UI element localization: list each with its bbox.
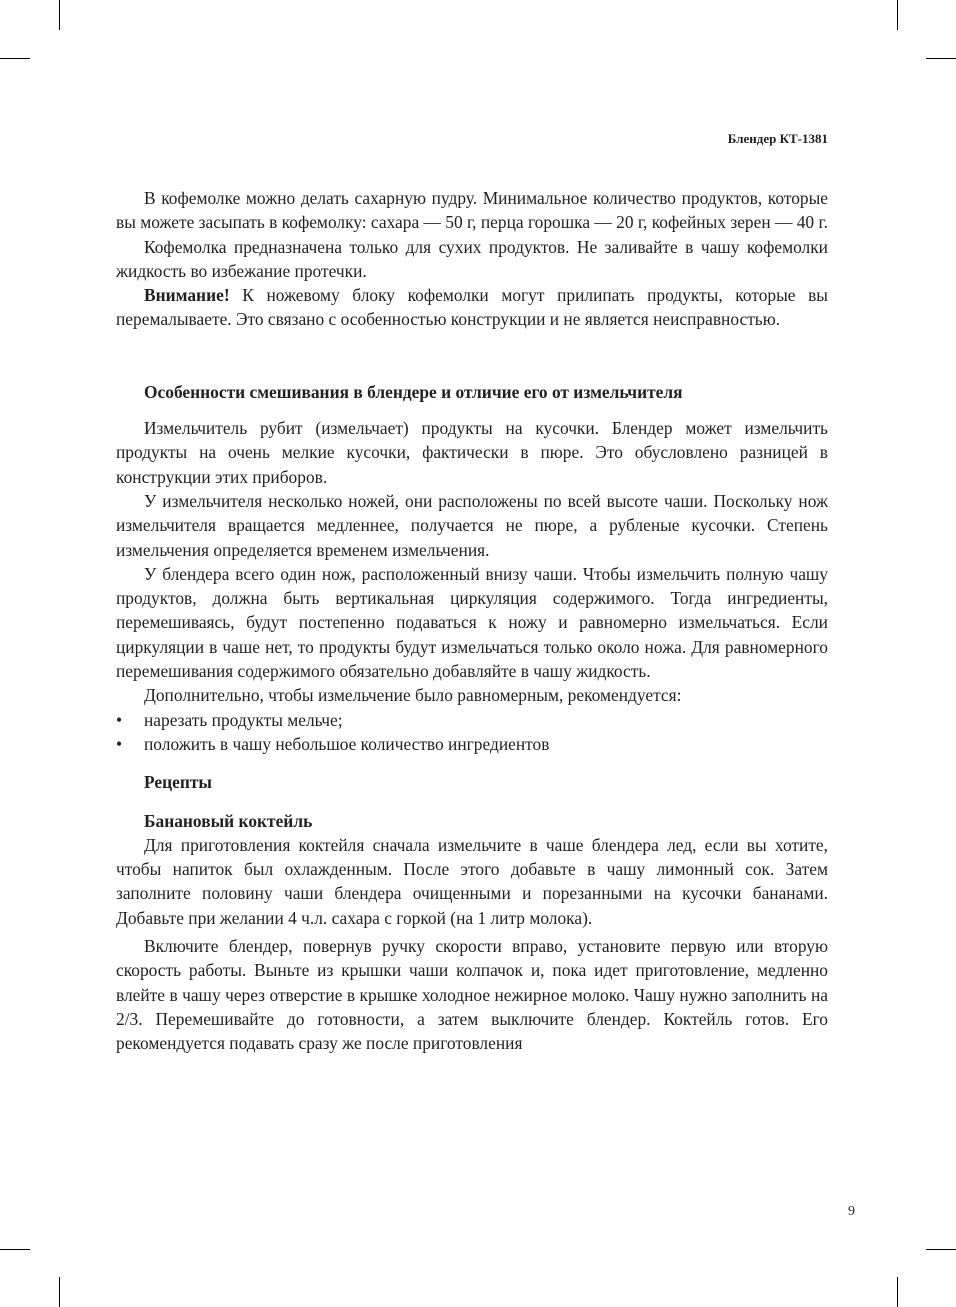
crop-mark-bottom-right-h [926, 1249, 956, 1250]
paragraph: Включите блендер, повернув ручку скорост… [116, 934, 828, 1055]
list-item: нарезать продукты мельче; [116, 708, 828, 732]
section-heading: Особенности смешивания в блендере и отли… [116, 380, 828, 404]
warning-label: Внимание! [144, 285, 230, 305]
paragraph: В кофемолке можно делать сахарную пудру.… [116, 186, 828, 235]
page-body: В кофемолке можно делать сахарную пудру.… [116, 186, 828, 1056]
paragraph: У измельчителя несколько ножей, они расп… [116, 489, 828, 562]
section-heading-recipes: Рецепты [116, 770, 828, 794]
crop-mark-top-left-v [59, 0, 60, 30]
crop-mark-bottom-left-v [59, 1277, 60, 1307]
crop-mark-bottom-left-h [0, 1249, 30, 1250]
paragraph: Измельчитель рубит (измельчает) продукты… [116, 416, 828, 489]
crop-mark-top-right-h [926, 58, 956, 59]
running-header: Блендер КТ-1381 [728, 131, 828, 147]
crop-mark-top-right-v [897, 0, 898, 30]
crop-mark-bottom-right-v [897, 1277, 898, 1307]
recipe-title: Банановый коктейль [116, 809, 828, 833]
paragraph: У блендера всего один нож, расположенный… [116, 562, 828, 683]
crop-mark-top-left-h [0, 58, 30, 59]
list-item: положить в чашу небольшое количество инг… [116, 732, 828, 756]
paragraph: Для приготовления коктейля сначала измел… [116, 833, 828, 930]
page-number: 9 [848, 1204, 855, 1220]
paragraph: Дополнительно, чтобы измельчение было ра… [116, 683, 828, 707]
paragraph: Кофемолка предназначена только для сухих… [116, 235, 828, 284]
warning-paragraph: Внимание! К ножевому блоку кофемолки мог… [116, 283, 828, 332]
